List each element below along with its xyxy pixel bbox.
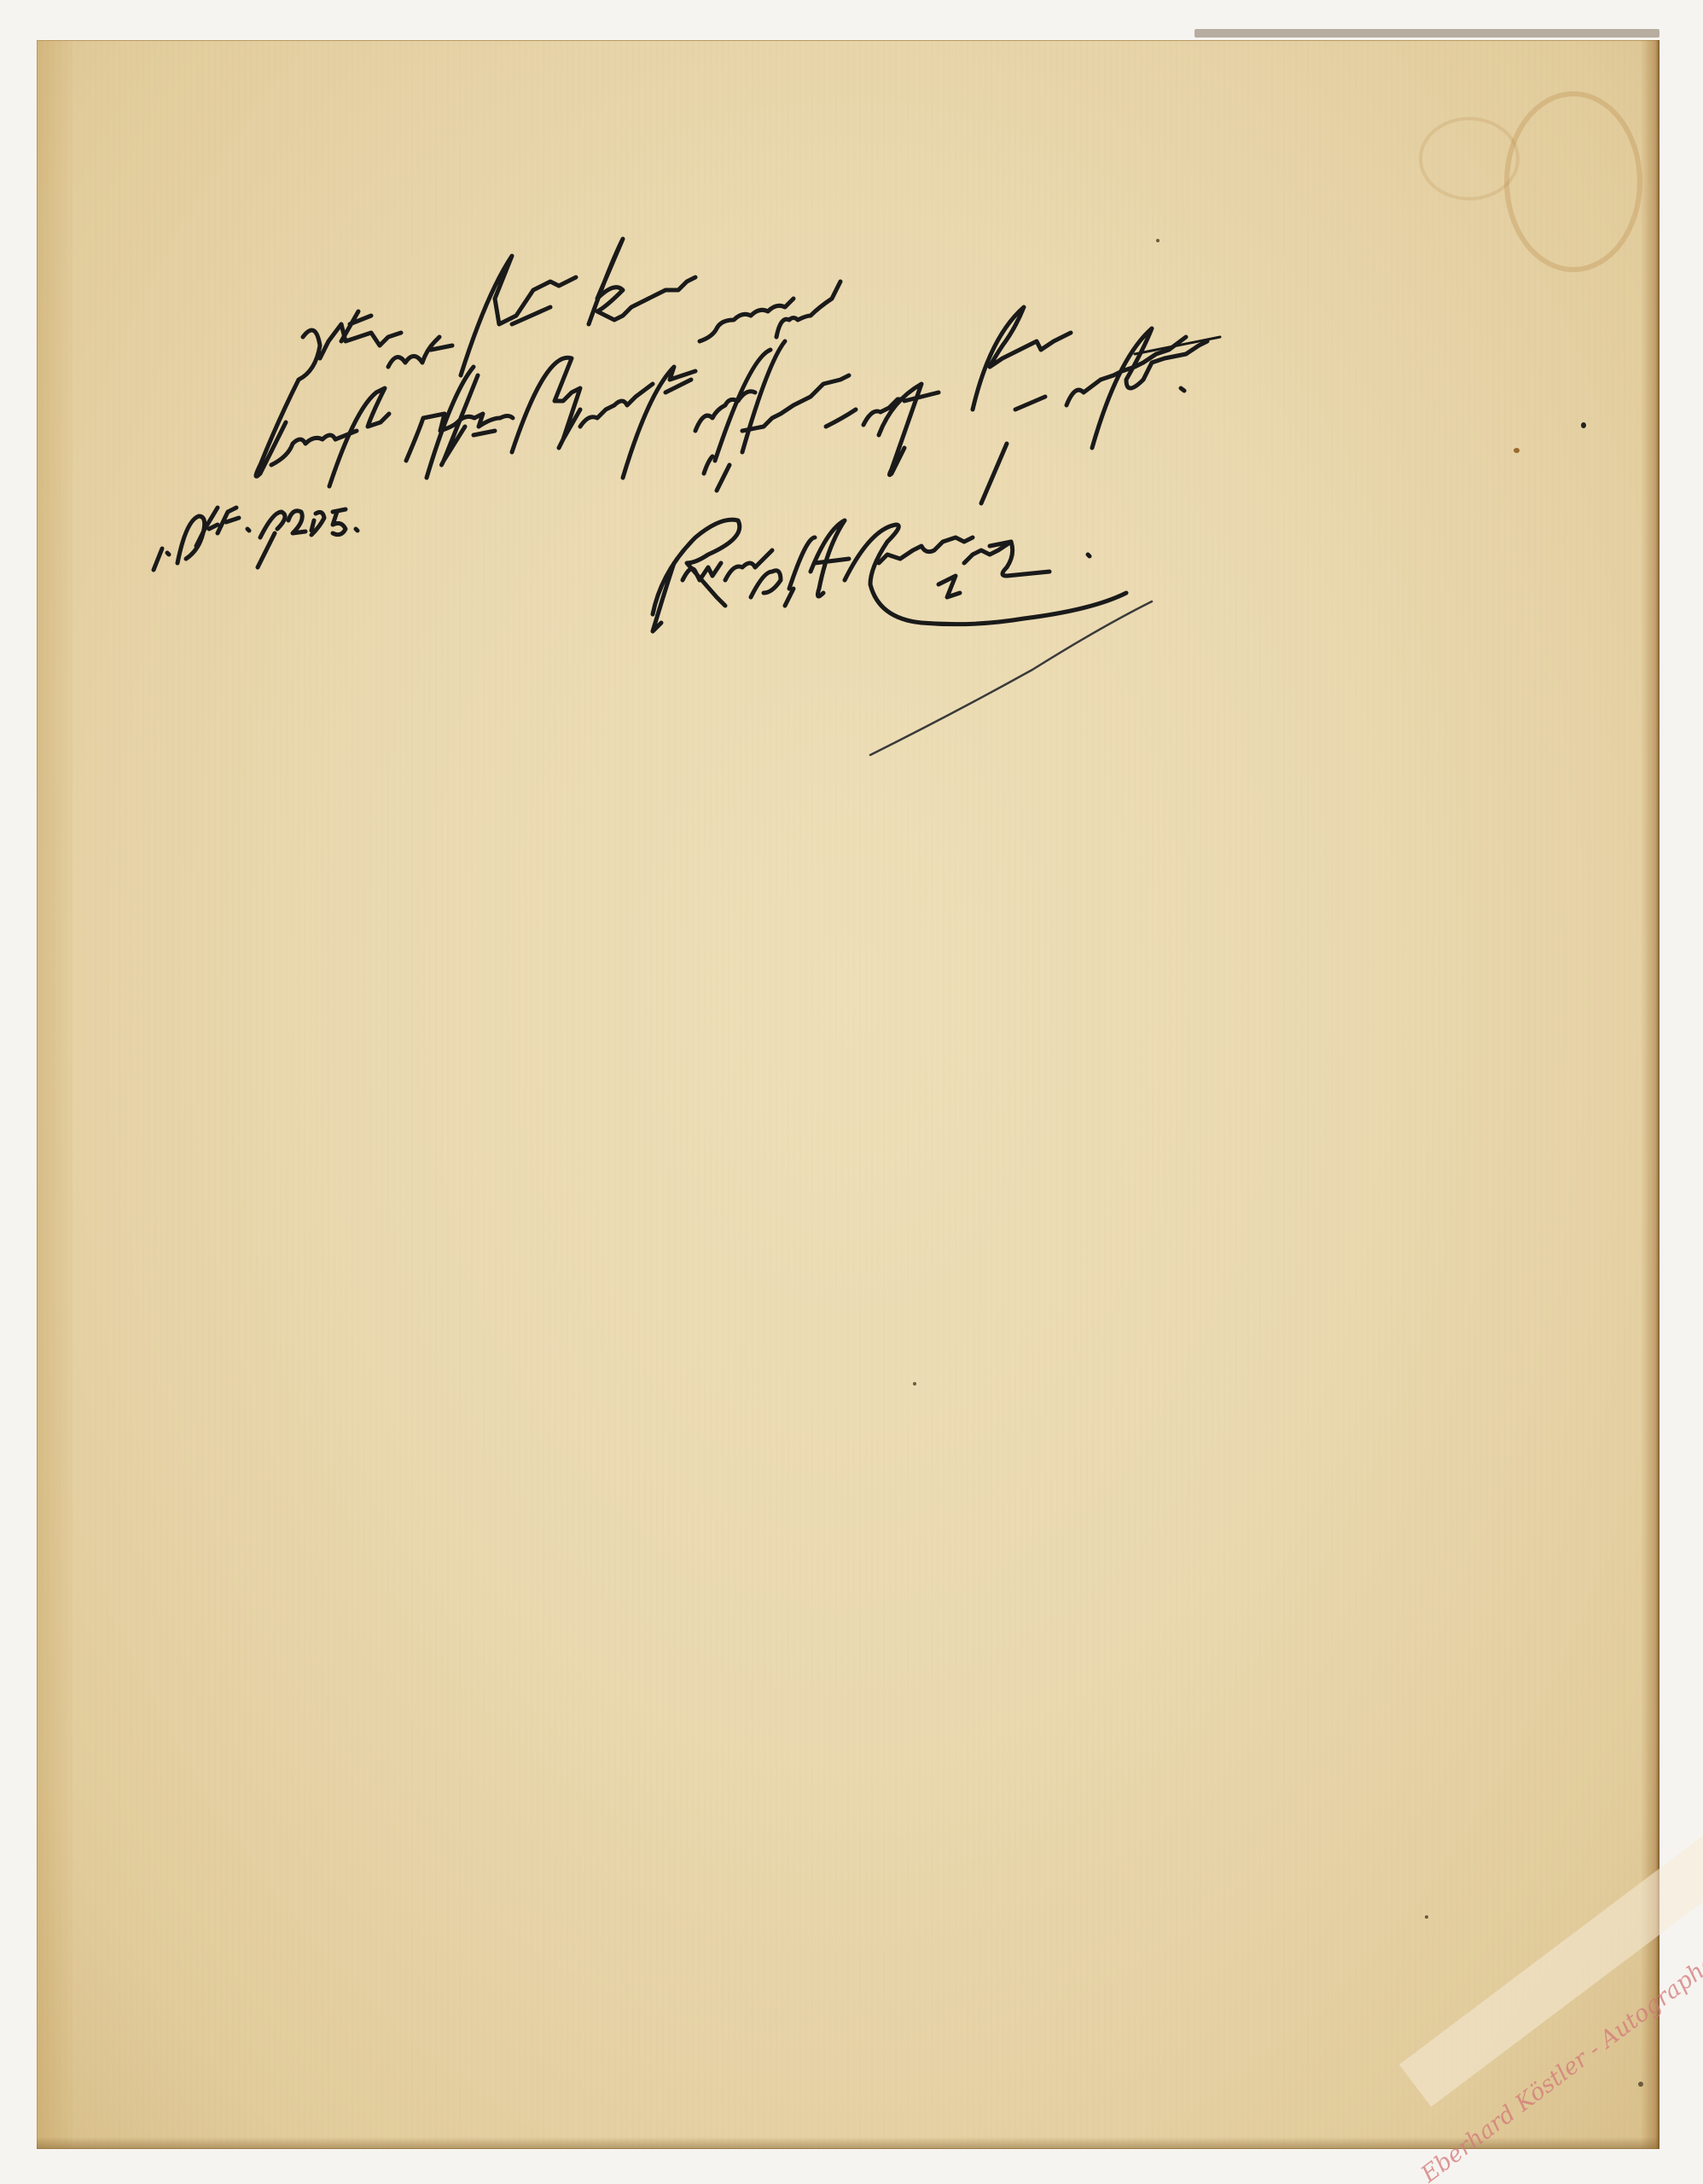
ink-speck: [1638, 2082, 1643, 2087]
ink-speck: [1425, 1915, 1428, 1919]
paper-right-edge-browning: [1641, 40, 1659, 2149]
paper-top-edge-strip: [1194, 29, 1659, 38]
ink-speck: [1156, 239, 1160, 242]
paper-sheet: [37, 40, 1659, 2149]
paper-left-discoloration: [37, 40, 73, 2149]
water-stain-ring: [1504, 91, 1642, 272]
ink-speck: [913, 1382, 916, 1385]
water-stain-ring-small: [1419, 117, 1520, 200]
paper-bottom-edge: [37, 2137, 1659, 2149]
ink-speck: [1514, 448, 1520, 453]
ink-speck: [1581, 422, 1586, 428]
